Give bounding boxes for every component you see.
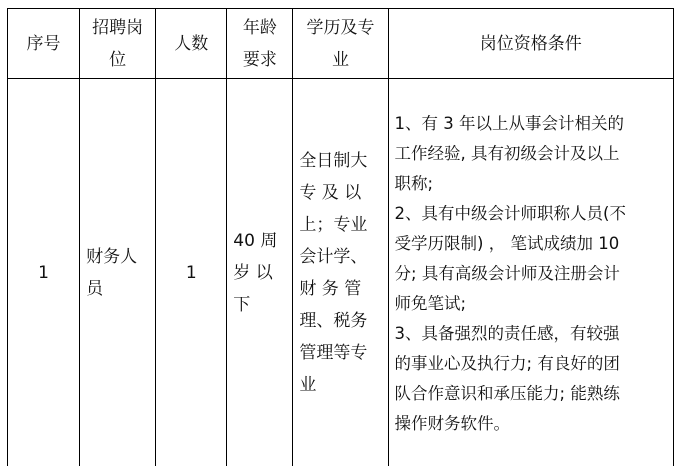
cell-count: 1 bbox=[156, 79, 227, 466]
header-position: 招聘岗 位 bbox=[80, 9, 156, 79]
header-education: 学历及专 业 bbox=[293, 9, 388, 79]
table-row: 1 财务人 员 1 40 周 岁 以 下 全日制大 专 及 以 上；专业 会计学… bbox=[8, 79, 674, 466]
header-row: 序号 招聘岗 位 人数 年龄 要求 学历及专 业 岗位资格条件 bbox=[8, 9, 674, 79]
cell-education: 全日制大 专 及 以 上；专业 会计学、 财 务 管 理、税务 管理等专 业 bbox=[293, 79, 388, 466]
cell-age: 40 周 岁 以 下 bbox=[227, 79, 293, 466]
header-age: 年龄 要求 bbox=[227, 9, 293, 79]
header-count: 人数 bbox=[156, 9, 227, 79]
header-qualifications: 岗位资格条件 bbox=[388, 9, 673, 79]
cell-qualifications: 1、有 3 年以上从事会计相关的 工作经验, 具有初级会计及以上 职称; 2、具… bbox=[388, 79, 673, 466]
recruitment-table: 序号 招聘岗 位 人数 年龄 要求 学历及专 业 岗位资格条件 1 财务人 员 … bbox=[7, 8, 674, 466]
header-index: 序号 bbox=[8, 9, 80, 79]
cell-index: 1 bbox=[8, 79, 80, 466]
cell-position: 财务人 员 bbox=[80, 79, 156, 466]
